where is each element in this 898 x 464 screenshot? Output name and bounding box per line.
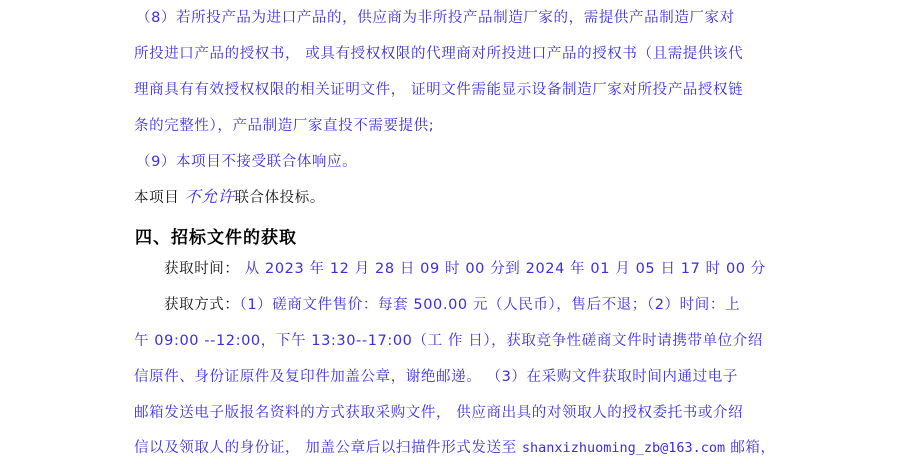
acquisition-method-label: 获取方式： bbox=[164, 297, 240, 313]
item8-line2: 所投进口产品的授权书， 或具有授权权限的代理商对所投进口产品的授权书（且需提供该… bbox=[134, 44, 743, 64]
consortium-line: 本项目 不允许联合体投标。 bbox=[134, 187, 325, 208]
item8-line3: 理商具有有效授权权限的相关证明文件， 证明文件需能显示设备制造厂家对所投产品授权… bbox=[134, 80, 743, 100]
acquisition-time-line: 获取时间： 从 2023 年 12 月 28 日 09 时 00 分到 2024… bbox=[164, 259, 766, 279]
acquisition-method-line5: 信以及领取人的身份证， 加盖公章后以扫描件形式发送至 shanxizhuomin… bbox=[134, 438, 776, 458]
item8-line4: 条的完整性），产品制造厂家直投不需要提供; bbox=[134, 116, 434, 136]
line5-prefix: 信以及领取人的身份证， 加盖公章后以扫描件形式发送至 bbox=[134, 440, 522, 456]
acquisition-method-line4: 邮箱发送电子版报名资料的方式获取采购文件， 供应商出具的对领取人的授权委托书或介… bbox=[134, 403, 743, 423]
email-address: shanxizhuoming_zb@163.com bbox=[522, 440, 725, 456]
acquisition-method-line1: 获取方式：（1）磋商文件售价：每套 500.00 元（人民币），售后不退；（2）… bbox=[164, 295, 740, 315]
acquisition-method-line2: 午 09:00 --12:00，下午 13:30--17:00（工 作 日），获… bbox=[134, 331, 763, 351]
acquisition-time-value: 从 2023 年 12 月 28 日 09 时 00 分到 2024 年 01 … bbox=[240, 261, 766, 277]
consortium-value: 不允许 bbox=[185, 187, 235, 206]
section-heading: 四、招标文件的获取 bbox=[135, 223, 297, 248]
item9-line: （9）本项目不接受联合体响应。 bbox=[136, 152, 357, 172]
acquisition-time-label: 获取时间： bbox=[164, 261, 240, 277]
consortium-prefix: 本项目 bbox=[134, 190, 185, 206]
line5-suffix: 邮箱， bbox=[725, 440, 776, 456]
document-page: （8）若所投产品为进口产品的，供应商为非所投产品制造厂家的，需提供产品制造厂家对… bbox=[0, 0, 898, 464]
acquisition-method-line3: 信原件、身份证原件及复印件加盖公章，谢绝邮递。 （3）在采购文件获取时间内通过电… bbox=[134, 367, 738, 387]
acquisition-method-text1: （1）磋商文件售价：每套 500.00 元（人民币），售后不退；（2）时间：上 bbox=[240, 297, 741, 313]
item8-line1: （8）若所投产品为进口产品的，供应商为非所投产品制造厂家的，需提供产品制造厂家对 bbox=[136, 8, 735, 28]
consortium-suffix: 联合体投标。 bbox=[234, 190, 325, 206]
